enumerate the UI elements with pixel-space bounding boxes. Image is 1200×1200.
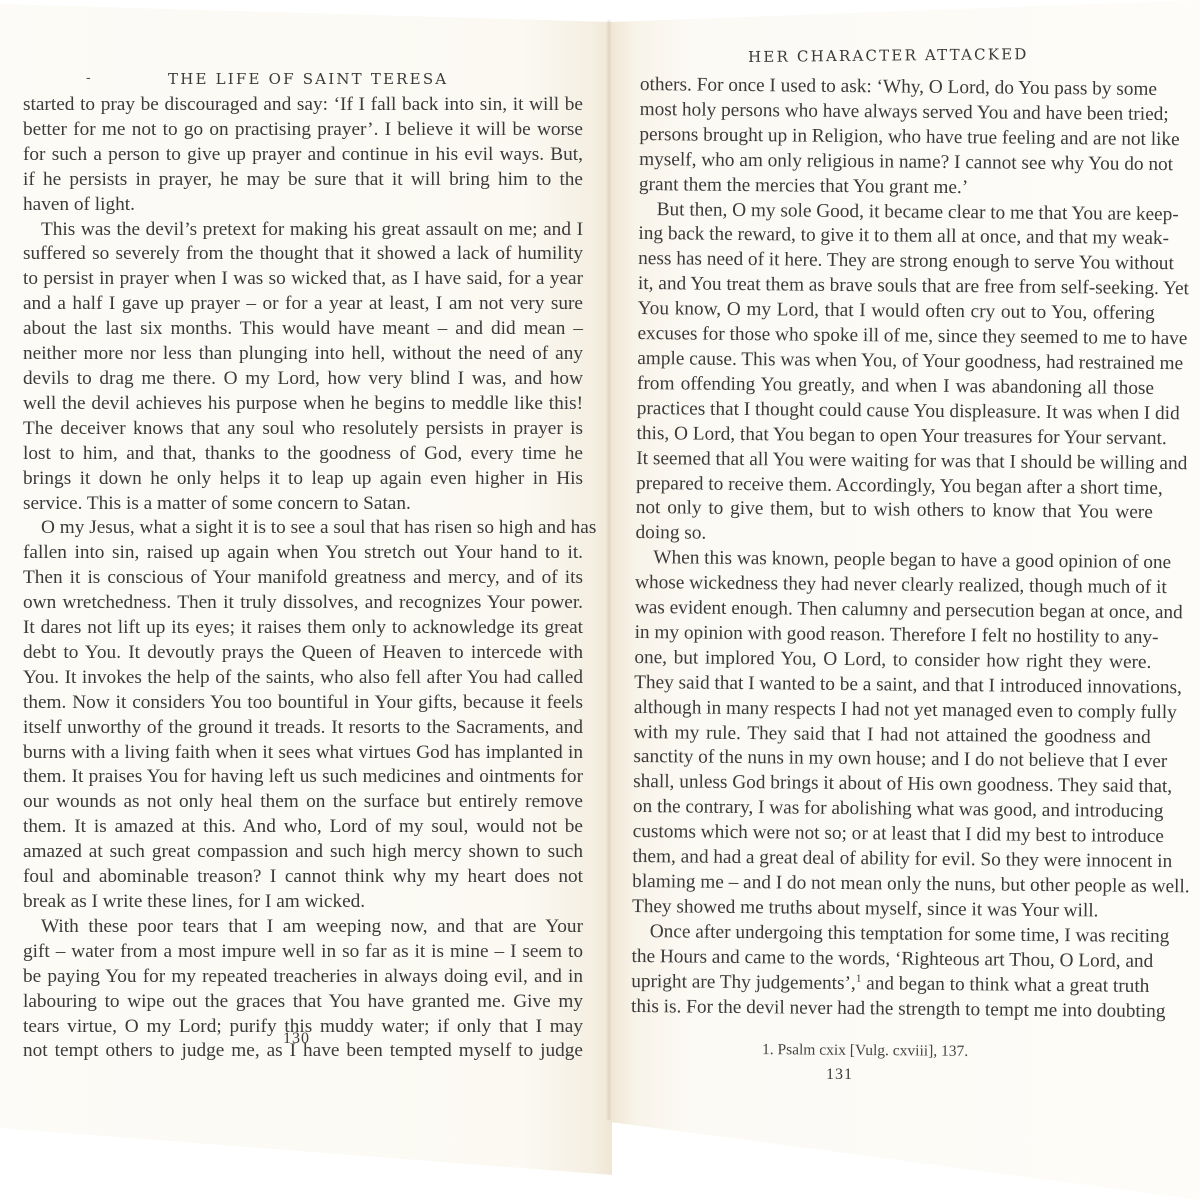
text-line: break as I write these lines, for I am w…: [23, 890, 583, 915]
text-line: them. It is amazed at this. And who, Lor…: [23, 815, 583, 840]
text-line: service. This is a matter of some concer…: [23, 492, 583, 517]
text-line: them. Now it considers You too bountiful…: [23, 691, 583, 716]
text-line: suffered so severely from the thought th…: [23, 242, 583, 267]
left-page-number: 130: [283, 1030, 310, 1048]
text-line: lost to him, and that, thanks to the goo…: [23, 442, 583, 467]
text-line: gift – water from a most impure well in …: [23, 940, 583, 965]
text-line: this is. For the devil never had the str…: [631, 994, 1148, 1024]
right-page-number: 131: [826, 1066, 853, 1084]
text-line: our wounds as not only heal them on the …: [23, 790, 583, 815]
text-line: well the devil achieves his purpose when…: [23, 392, 583, 417]
text-line: foul and abominable treason? I cannot th…: [23, 865, 583, 890]
text-line: labouring to wipe out the graces that Yo…: [23, 990, 583, 1015]
text-line: if he persists in prayer, he may be sure…: [23, 168, 583, 193]
right-running-head: HER CHARACTER ATTACKED: [748, 45, 1029, 66]
text-line: about the last six months. This would ha…: [23, 317, 583, 342]
text-line: fallen into sin, raised up again when Yo…: [23, 541, 583, 566]
text-line: started to pray be discouraged and say: …: [23, 93, 583, 118]
left-page-body-text: started to pray be discouraged and say: …: [23, 93, 583, 1064]
left-running-head: THE LIFE OF SAINT TERESA: [168, 70, 448, 88]
margin-mark: -: [86, 70, 91, 86]
text-line: With these poor tears that I am weeping …: [23, 915, 583, 940]
text-line: haven of light.: [23, 193, 583, 218]
footnote: 1. Psalm cxix [Vulg. cxviii], 137.: [762, 1041, 968, 1061]
text-line: to persist in prayer when I was so wicke…: [23, 267, 583, 292]
text-line: It dares not lift up its eyes; it raises…: [23, 616, 583, 641]
text-line: for such a person to give up prayer and …: [23, 143, 583, 168]
book-gutter: [606, 20, 612, 1120]
text-line: brings it down he only helps it to leap …: [23, 467, 583, 492]
text-line: amazed at such great compassion and such…: [23, 840, 583, 865]
text-line: itself unworthy of the ground it treads.…: [23, 716, 583, 741]
footnote-reference[interactable]: 1: [856, 972, 862, 984]
text-line: better for me not to go on practising pr…: [23, 118, 583, 143]
text-line: burns with a living faith when it sees w…: [23, 741, 583, 766]
text-line: own wretchedness. Then it truly dissolve…: [23, 591, 583, 616]
text-line: O my Jesus, what a sight it is to see a …: [23, 516, 583, 541]
text-line: devils to drag me there. O my Lord, how …: [23, 367, 583, 392]
text-line: debt to You. It devoutly prays the Queen…: [23, 641, 583, 666]
text-line: Then it is conscious of Your manifold gr…: [23, 566, 583, 591]
text-line: The deceiver knows that any soul who res…: [23, 417, 583, 442]
right-page-body-text: others. For once I used to ask: ‘Why, O …: [631, 73, 1157, 1024]
text-line: You. It invokes the help of the saints, …: [23, 666, 583, 691]
text-line: This was the devil’s pretext for making …: [23, 218, 583, 243]
text-line: neither more nor less than plunging into…: [23, 342, 583, 367]
text-line: and a half I gave up prayer – or for a y…: [23, 292, 583, 317]
text-line: them. It praises You for having left us …: [23, 765, 583, 790]
text-line: be paying You for my repeated treacherie…: [23, 965, 583, 990]
book-spread: - THE LIFE OF SAINT TERESA HER CHARACTER…: [0, 0, 1200, 1200]
